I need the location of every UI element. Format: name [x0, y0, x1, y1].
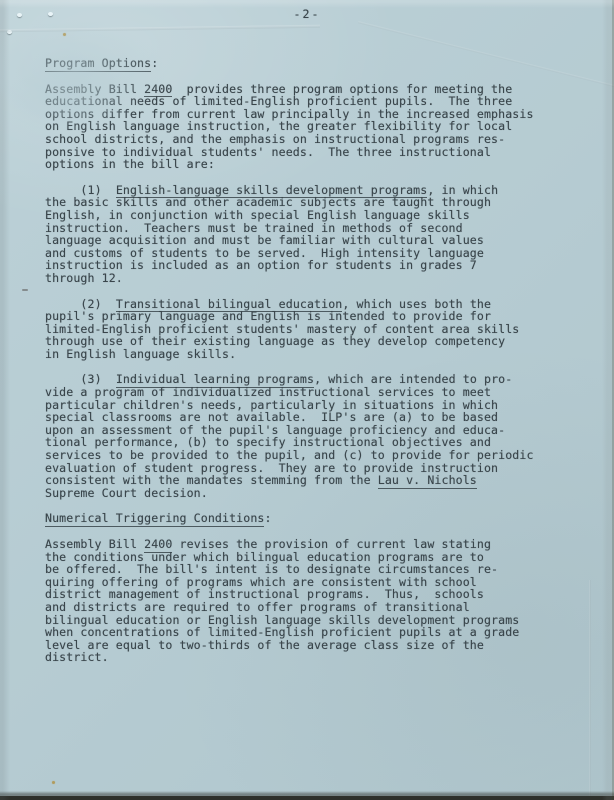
text-segment: , which are intended to pro- vide a prog…	[45, 372, 534, 487]
staple-dent-mark	[17, 13, 22, 17]
underlined-text: Program Options	[45, 56, 151, 72]
staple-dent-mark	[48, 12, 53, 16]
text-segment: , in which the basic skills and other ac…	[45, 183, 498, 285]
document-paragraph: (1) English-language skills development …	[45, 184, 586, 285]
underlined-text: Lau v. Nichols	[378, 473, 477, 489]
stain-speck	[63, 33, 66, 36]
paper-crease	[0, 25, 320, 32]
ink-speck	[22, 289, 28, 291]
section-heading: Numerical Triggering Conditions:	[45, 512, 586, 525]
document-paragraph: (3) Individual learning programs, which …	[45, 373, 586, 499]
stain-speck	[52, 781, 55, 784]
page-number: -2-	[0, 0, 614, 21]
text-segment: Supreme Court decision.	[45, 486, 208, 500]
staple-dent-mark	[7, 30, 12, 34]
document-body: Program Options:Assembly Bill 2400 provi…	[45, 57, 586, 664]
text-segment: revises the provision of current law sta…	[45, 537, 519, 664]
document-paragraph: Assembly Bill 2400 revises the provision…	[45, 538, 586, 664]
text-segment: :	[151, 56, 158, 70]
document-paragraph: (2) Transitional bilingual education, wh…	[45, 298, 586, 361]
text-segment: provides three program options for meeti…	[45, 82, 534, 172]
section-heading: Program Options:	[45, 57, 586, 70]
document-page: -2- Program Options:Assembly Bill 2400 p…	[0, 0, 614, 800]
paper-crease	[589, 580, 591, 800]
document-paragraph: Assembly Bill 2400 provides three progra…	[45, 83, 586, 171]
underlined-text: Numerical Triggering Conditions	[45, 511, 264, 527]
text-segment: :	[264, 511, 271, 525]
